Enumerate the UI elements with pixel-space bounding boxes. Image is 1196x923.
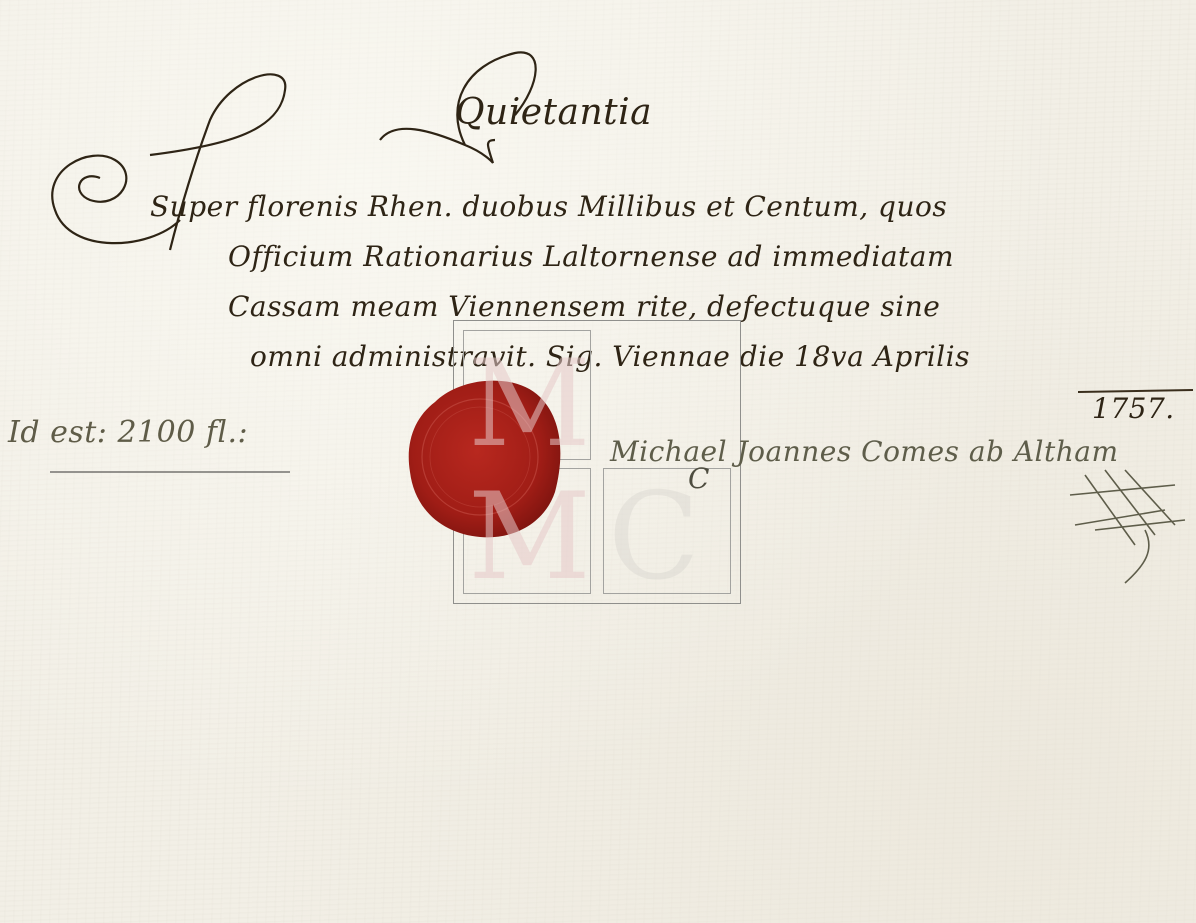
document-title: Quietantia — [455, 92, 652, 133]
amount-underline — [50, 471, 290, 473]
date-year: 1757. — [1092, 392, 1175, 425]
watermark-letter: M — [468, 345, 591, 465]
body-line-2: Officium Rationarius Laltornense ad imme… — [228, 240, 954, 273]
signature-paraph-icon — [1065, 455, 1190, 585]
body-line-3: Cassam meam Viennensem rite, defectuque … — [228, 290, 940, 323]
signature: Michael Joannes Comes ab Altham — [610, 435, 1119, 468]
document-page: Quietantia Super florenis Rhen. duobus M… — [0, 0, 1196, 923]
s-flourish-icon — [30, 60, 300, 260]
body-line-1: Super florenis Rhen. duobus Millibus et … — [150, 190, 947, 223]
signature-mark: C — [688, 462, 710, 495]
watermark-letter: M — [468, 478, 591, 598]
margin-amount-note: Id est: 2100 fl.: — [8, 415, 248, 450]
watermark-letter: C — [608, 478, 700, 598]
